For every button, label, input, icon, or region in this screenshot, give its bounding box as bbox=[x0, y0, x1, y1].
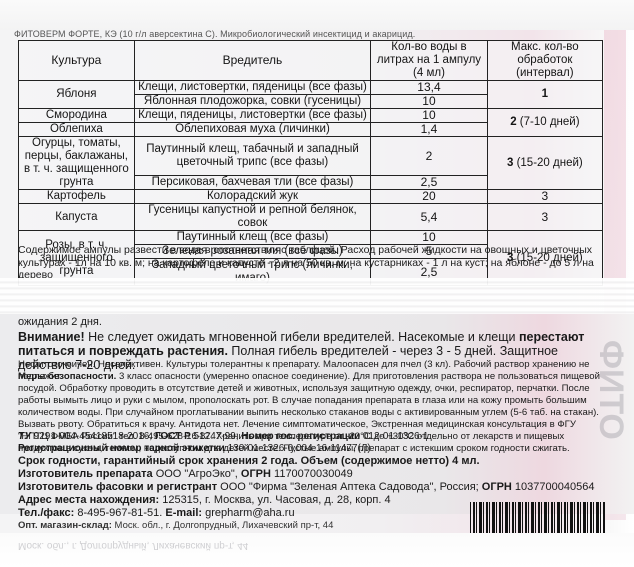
crop-cell: Облепиха bbox=[19, 123, 135, 137]
water-cell: 10 bbox=[371, 109, 488, 123]
max-treatments-cell: 3 bbox=[487, 190, 602, 204]
usage-note: Содержимое ампулы развести в воде в соот… bbox=[18, 244, 618, 282]
show-through-text: Моск. обл., г. Долгопрудный, Лихачевский… bbox=[18, 540, 248, 551]
table-row: Картофель Колорадский жук 20 3 bbox=[19, 190, 603, 204]
brand-watermark: ФИТО bbox=[596, 340, 626, 470]
water-cell: 1,4 bbox=[371, 123, 488, 137]
water-cell: 2 bbox=[371, 137, 488, 176]
column-header-pest: Вредитель bbox=[134, 41, 370, 81]
max-treatments-cell: 3 (15-20 дней) bbox=[487, 137, 602, 190]
manufacturer: Изготовитель препарата ООО "АгроЭко", ОГ… bbox=[18, 468, 618, 480]
table-row: Капуста Гусеницы капустной и репной беля… bbox=[19, 204, 603, 231]
pest-cell: Паутинный клещ (все фазы) bbox=[134, 231, 370, 245]
packer-registrant: Изготовитель фасовки и регистрант ООО "Ф… bbox=[18, 481, 618, 493]
label-top-margin bbox=[0, 0, 634, 30]
product-label: ФИТОВЕРМ ФОРТЕ, КЭ (10 г/л аверсектина С… bbox=[0, 0, 634, 567]
water-cell: 2,5 bbox=[371, 176, 488, 190]
pest-cell: Клещи, листовертки, пяденицы (все фазы) bbox=[134, 81, 370, 95]
water-cell: 10 bbox=[371, 231, 488, 245]
pest-cell: Гусеницы капустной и репной белянок, сов… bbox=[134, 204, 370, 231]
table-row: Яблоня Клещи, листовертки, пяденицы (все… bbox=[19, 81, 603, 95]
table-row: Смородина Клещи, пяденицы, листовертки (… bbox=[19, 109, 603, 123]
package-fold bbox=[0, 278, 634, 314]
tare-label-number: Регистрационный номер тарной этикетки 13… bbox=[18, 443, 618, 454]
table-row: Огурцы, томаты, перцы, баклажаны, в т. ч… bbox=[19, 137, 603, 176]
column-header-crop: Культура bbox=[19, 41, 135, 81]
pest-cell: Колорадский жук bbox=[134, 190, 370, 204]
water-cell: 5,4 bbox=[371, 204, 488, 231]
crop-cell: Картофель bbox=[19, 190, 135, 204]
max-treatments-cell: 2 (7-10 дней) bbox=[487, 109, 602, 137]
pest-cell: Клещи, пяденицы, листовертки (все фазы) bbox=[134, 109, 370, 123]
crop-cell: Яблоня bbox=[19, 81, 135, 109]
pest-cell: Персиковая, бахчевая тли (все фазы) bbox=[134, 176, 370, 190]
water-cell: 20 bbox=[371, 190, 488, 204]
product-title: ФИТОВЕРМ ФОРТЕ, КЭ (10 г/л аверсектина С… bbox=[14, 29, 415, 39]
max-treatments-cell: 3 bbox=[487, 204, 602, 231]
table-row: Розы, в т. ч. защищенного грунта Паутинн… bbox=[19, 231, 603, 245]
shelf-life: Срок годности, гарантийный срок хранения… bbox=[18, 455, 618, 467]
pest-cell: Облепиховая муха (личинки) bbox=[134, 123, 370, 137]
waiting-period: ожидания 2 дня. bbox=[18, 316, 618, 328]
crop-cell: Смородина bbox=[19, 109, 135, 123]
pest-cell: Яблонная плодожорка, совки (гусеницы) bbox=[134, 95, 370, 109]
water-cell: 13,4 bbox=[371, 81, 488, 95]
column-header-max-treatments: Макс. кол-во обработок (интервал) bbox=[487, 41, 602, 81]
pest-cell: Паутинный клещ, табачный и западный цвет… bbox=[134, 137, 370, 176]
barcode bbox=[470, 502, 606, 534]
registration-info: ТУ 9291-004-45418518-2016; ГОСТ Р 51247-… bbox=[18, 431, 618, 442]
crop-cell: Огурцы, томаты, перцы, баклажаны, в т. ч… bbox=[19, 137, 135, 190]
max-treatments-cell: 1 bbox=[487, 81, 602, 109]
column-header-water: Кол-во воды в литрах на 1 ампулу (4 мл) bbox=[371, 41, 488, 81]
water-cell: 10 bbox=[371, 95, 488, 109]
crop-cell: Капуста bbox=[19, 204, 135, 231]
